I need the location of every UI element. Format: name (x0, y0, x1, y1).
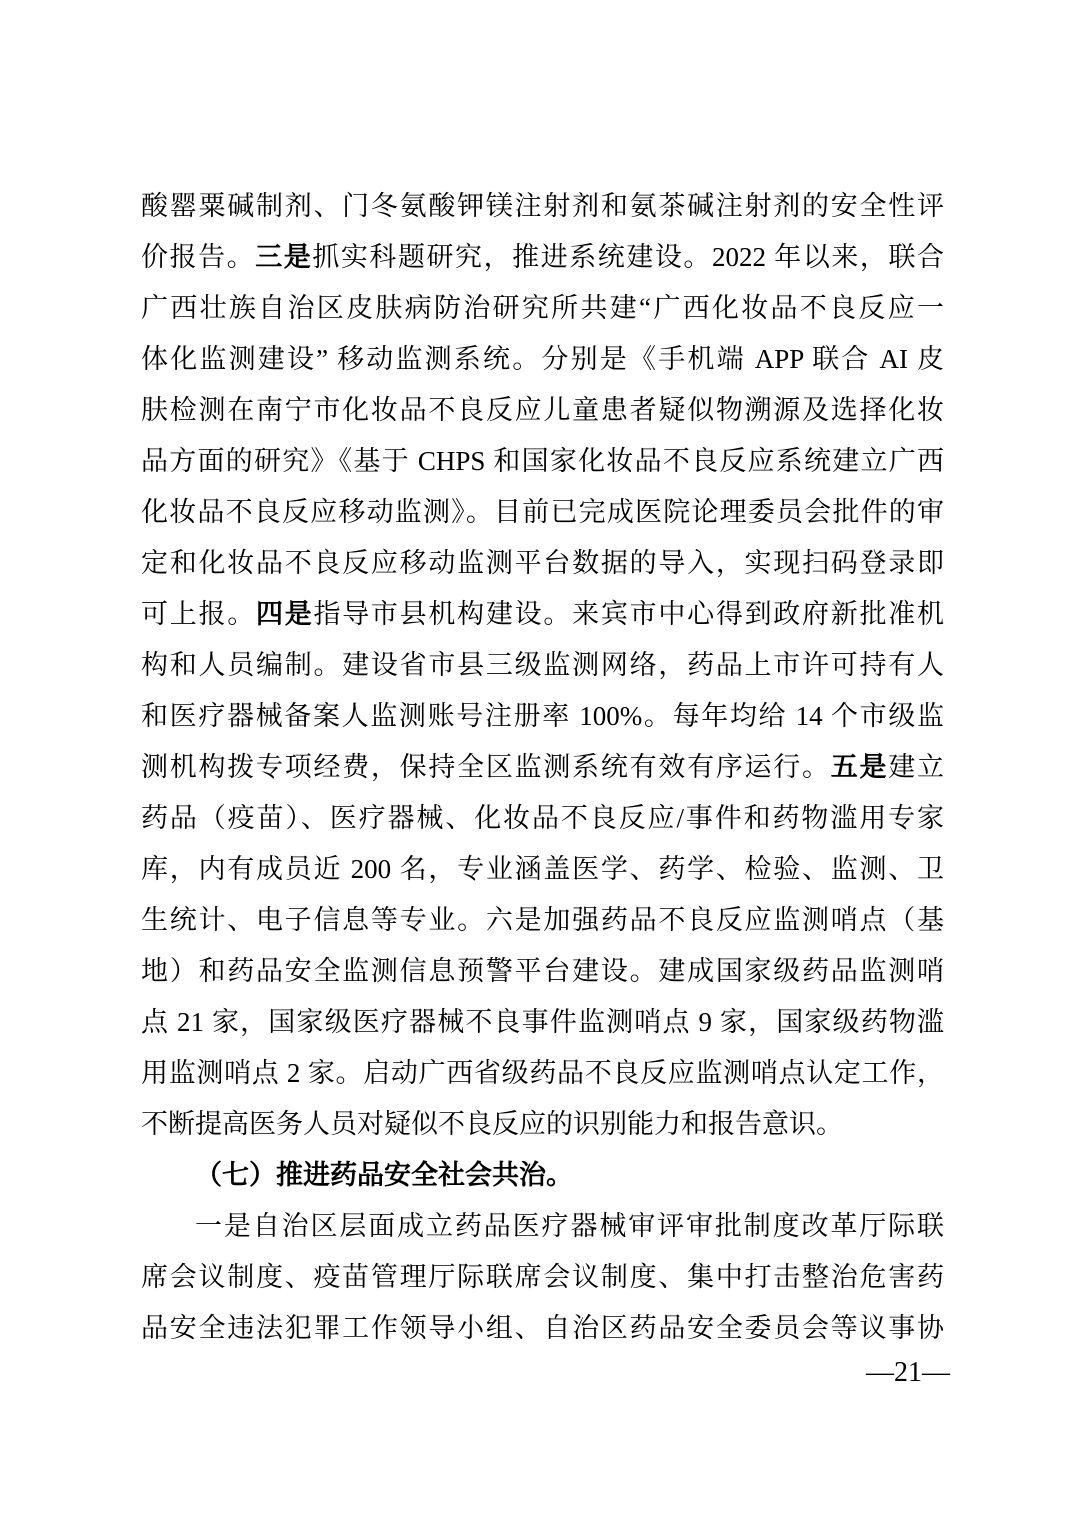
text-line-17: 点 21 家，国家级医疗器械不良事件监测哨点 9 家，国家级药物滥 (141, 997, 944, 1048)
text-run: 构和人员编制。建设省市县三级监测网络，药品上市许可持有人 (141, 650, 944, 680)
text-line-3: 广西壮族自治区皮肤病防治研究所共建“广西化妆品不良反应一 (141, 283, 944, 334)
text-line-21: 一是自治区层面成立药品医疗器械审评审批制度改革厅际联 (141, 1201, 944, 1252)
text-run: 价报告。 (141, 242, 255, 272)
text-run: 库，内有成员近 200 名，专业涵盖医学、药学、检验、监测、卫 (141, 854, 944, 884)
text-line-22: 席会议制度、疫苗管理厅际联席会议制度、集中打击整治危害药 (141, 1252, 944, 1303)
text-line-23: 品安全违法犯罪工作领导小组、自治区药品安全委员会等议事协 (141, 1303, 944, 1354)
text-run: 品安全违法犯罪工作领导小组、自治区药品安全委员会等议事协 (141, 1313, 944, 1343)
text-run: 指导市县机构建设。来宾市中心得到政府新批准机 (313, 599, 944, 629)
text-line-14: 库，内有成员近 200 名，专业涵盖医学、药学、检验、监测、卫 (141, 844, 944, 895)
text-line-4: 体化监测建设” 移动监测系统。分别是《手机端 APP 联合 AI 皮 (141, 334, 944, 385)
text-run: 生统计、电子信息等专业。六是加强药品不良反应监测哨点（基 (141, 905, 944, 935)
text-line-15: 生统计、电子信息等专业。六是加强药品不良反应监测哨点（基 (141, 895, 944, 946)
text-run: 点 21 家，国家级医疗器械不良事件监测哨点 9 家，国家级药物滥 (141, 1007, 944, 1037)
text-run: 定和化妆品不良反应移动监测平台数据的导入，实现扫码登录即 (141, 548, 944, 578)
bold-text-run: （七）推进药品安全社会共治。 (195, 1160, 573, 1190)
text-run: 药品（疫苗）、医疗器械、化妆品不良反应/事件和药物滥用专家 (141, 803, 944, 833)
text-run: 体化监测建设” 移动监测系统。分别是《手机端 APP 联合 AI 皮 (141, 344, 944, 374)
text-line-2: 价报告。三是抓实科题研究，推进系统建设。2022 年以来，联合 (141, 232, 944, 283)
text-line-6: 品方面的研究》《基于 CHPS 和国家化妆品不良反应系统建立广西 (141, 436, 944, 487)
text-line-20: （七）推进药品安全社会共治。 (141, 1150, 944, 1201)
text-run: 抓实科题研究，推进系统建设。2022 年以来，联合 (312, 242, 944, 272)
text-run: 一是自治区层面成立药品医疗器械审评审批制度改革厅际联 (195, 1211, 944, 1241)
text-line-11: 和医疗器械备案人监测账号注册率 100%。每年均给 14 个市级监 (141, 691, 944, 742)
text-run: 可上报。 (141, 599, 256, 629)
document-body: 酸罂粟碱制剂、门冬氨酸钾镁注射剂和氨茶碱注射剂的安全性评价报告。三是抓实科题研究… (141, 181, 944, 1354)
page-number: —21— (866, 1356, 950, 1390)
text-run: 品方面的研究》《基于 CHPS 和国家化妆品不良反应系统建立广西 (141, 446, 944, 476)
bold-text-run: 三是 (255, 242, 312, 272)
text-line-13: 药品（疫苗）、医疗器械、化妆品不良反应/事件和药物滥用专家 (141, 793, 944, 844)
text-line-10: 构和人员编制。建设省市县三级监测网络，药品上市许可持有人 (141, 640, 944, 691)
text-run: 广西壮族自治区皮肤病防治研究所共建“广西化妆品不良反应一 (141, 293, 944, 323)
text-run: 用监测哨点 2 家。启动广西省级药品不良反应监测哨点认定工作， (141, 1058, 944, 1088)
text-run: 建立 (888, 752, 944, 782)
text-line-5: 肤检测在南宁市化妆品不良反应儿童患者疑似物溯源及选择化妆 (141, 385, 944, 436)
bold-text-run: 四是 (256, 599, 313, 629)
text-run: 酸罂粟碱制剂、门冬氨酸钾镁注射剂和氨茶碱注射剂的安全性评 (141, 191, 944, 221)
text-line-19: 不断提高医务人员对疑似不良反应的识别能力和报告意识。 (141, 1099, 944, 1150)
text-line-16: 地）和药品安全监测信息预警平台建设。建成国家级药品监测哨 (141, 946, 944, 997)
text-line-7: 化妆品不良反应移动监测》。目前已完成医院论理委员会批件的审 (141, 487, 944, 538)
text-run: 不断提高医务人员对疑似不良反应的识别能力和报告意识。 (141, 1109, 843, 1139)
text-line-9: 可上报。四是指导市县机构建设。来宾市中心得到政府新批准机 (141, 589, 944, 640)
text-line-8: 定和化妆品不良反应移动监测平台数据的导入，实现扫码登录即 (141, 538, 944, 589)
text-run: 和医疗器械备案人监测账号注册率 100%。每年均给 14 个市级监 (141, 701, 944, 731)
text-run: 测机构拨专项经费，保持全区监测系统有效有序运行。 (141, 752, 831, 782)
text-line-1: 酸罂粟碱制剂、门冬氨酸钾镁注射剂和氨茶碱注射剂的安全性评 (141, 181, 944, 232)
text-run: 化妆品不良反应移动监测》。目前已完成医院论理委员会批件的审 (141, 497, 944, 527)
bold-text-run: 五是 (831, 752, 888, 782)
text-run: 地）和药品安全监测信息预警平台建设。建成国家级药品监测哨 (141, 956, 944, 986)
text-line-12: 测机构拨专项经费，保持全区监测系统有效有序运行。五是建立 (141, 742, 944, 793)
text-line-18: 用监测哨点 2 家。启动广西省级药品不良反应监测哨点认定工作， (141, 1048, 944, 1099)
text-run: 席会议制度、疫苗管理厅际联席会议制度、集中打击整治危害药 (141, 1262, 944, 1292)
text-run: 肤检测在南宁市化妆品不良反应儿童患者疑似物溯源及选择化妆 (141, 395, 944, 425)
